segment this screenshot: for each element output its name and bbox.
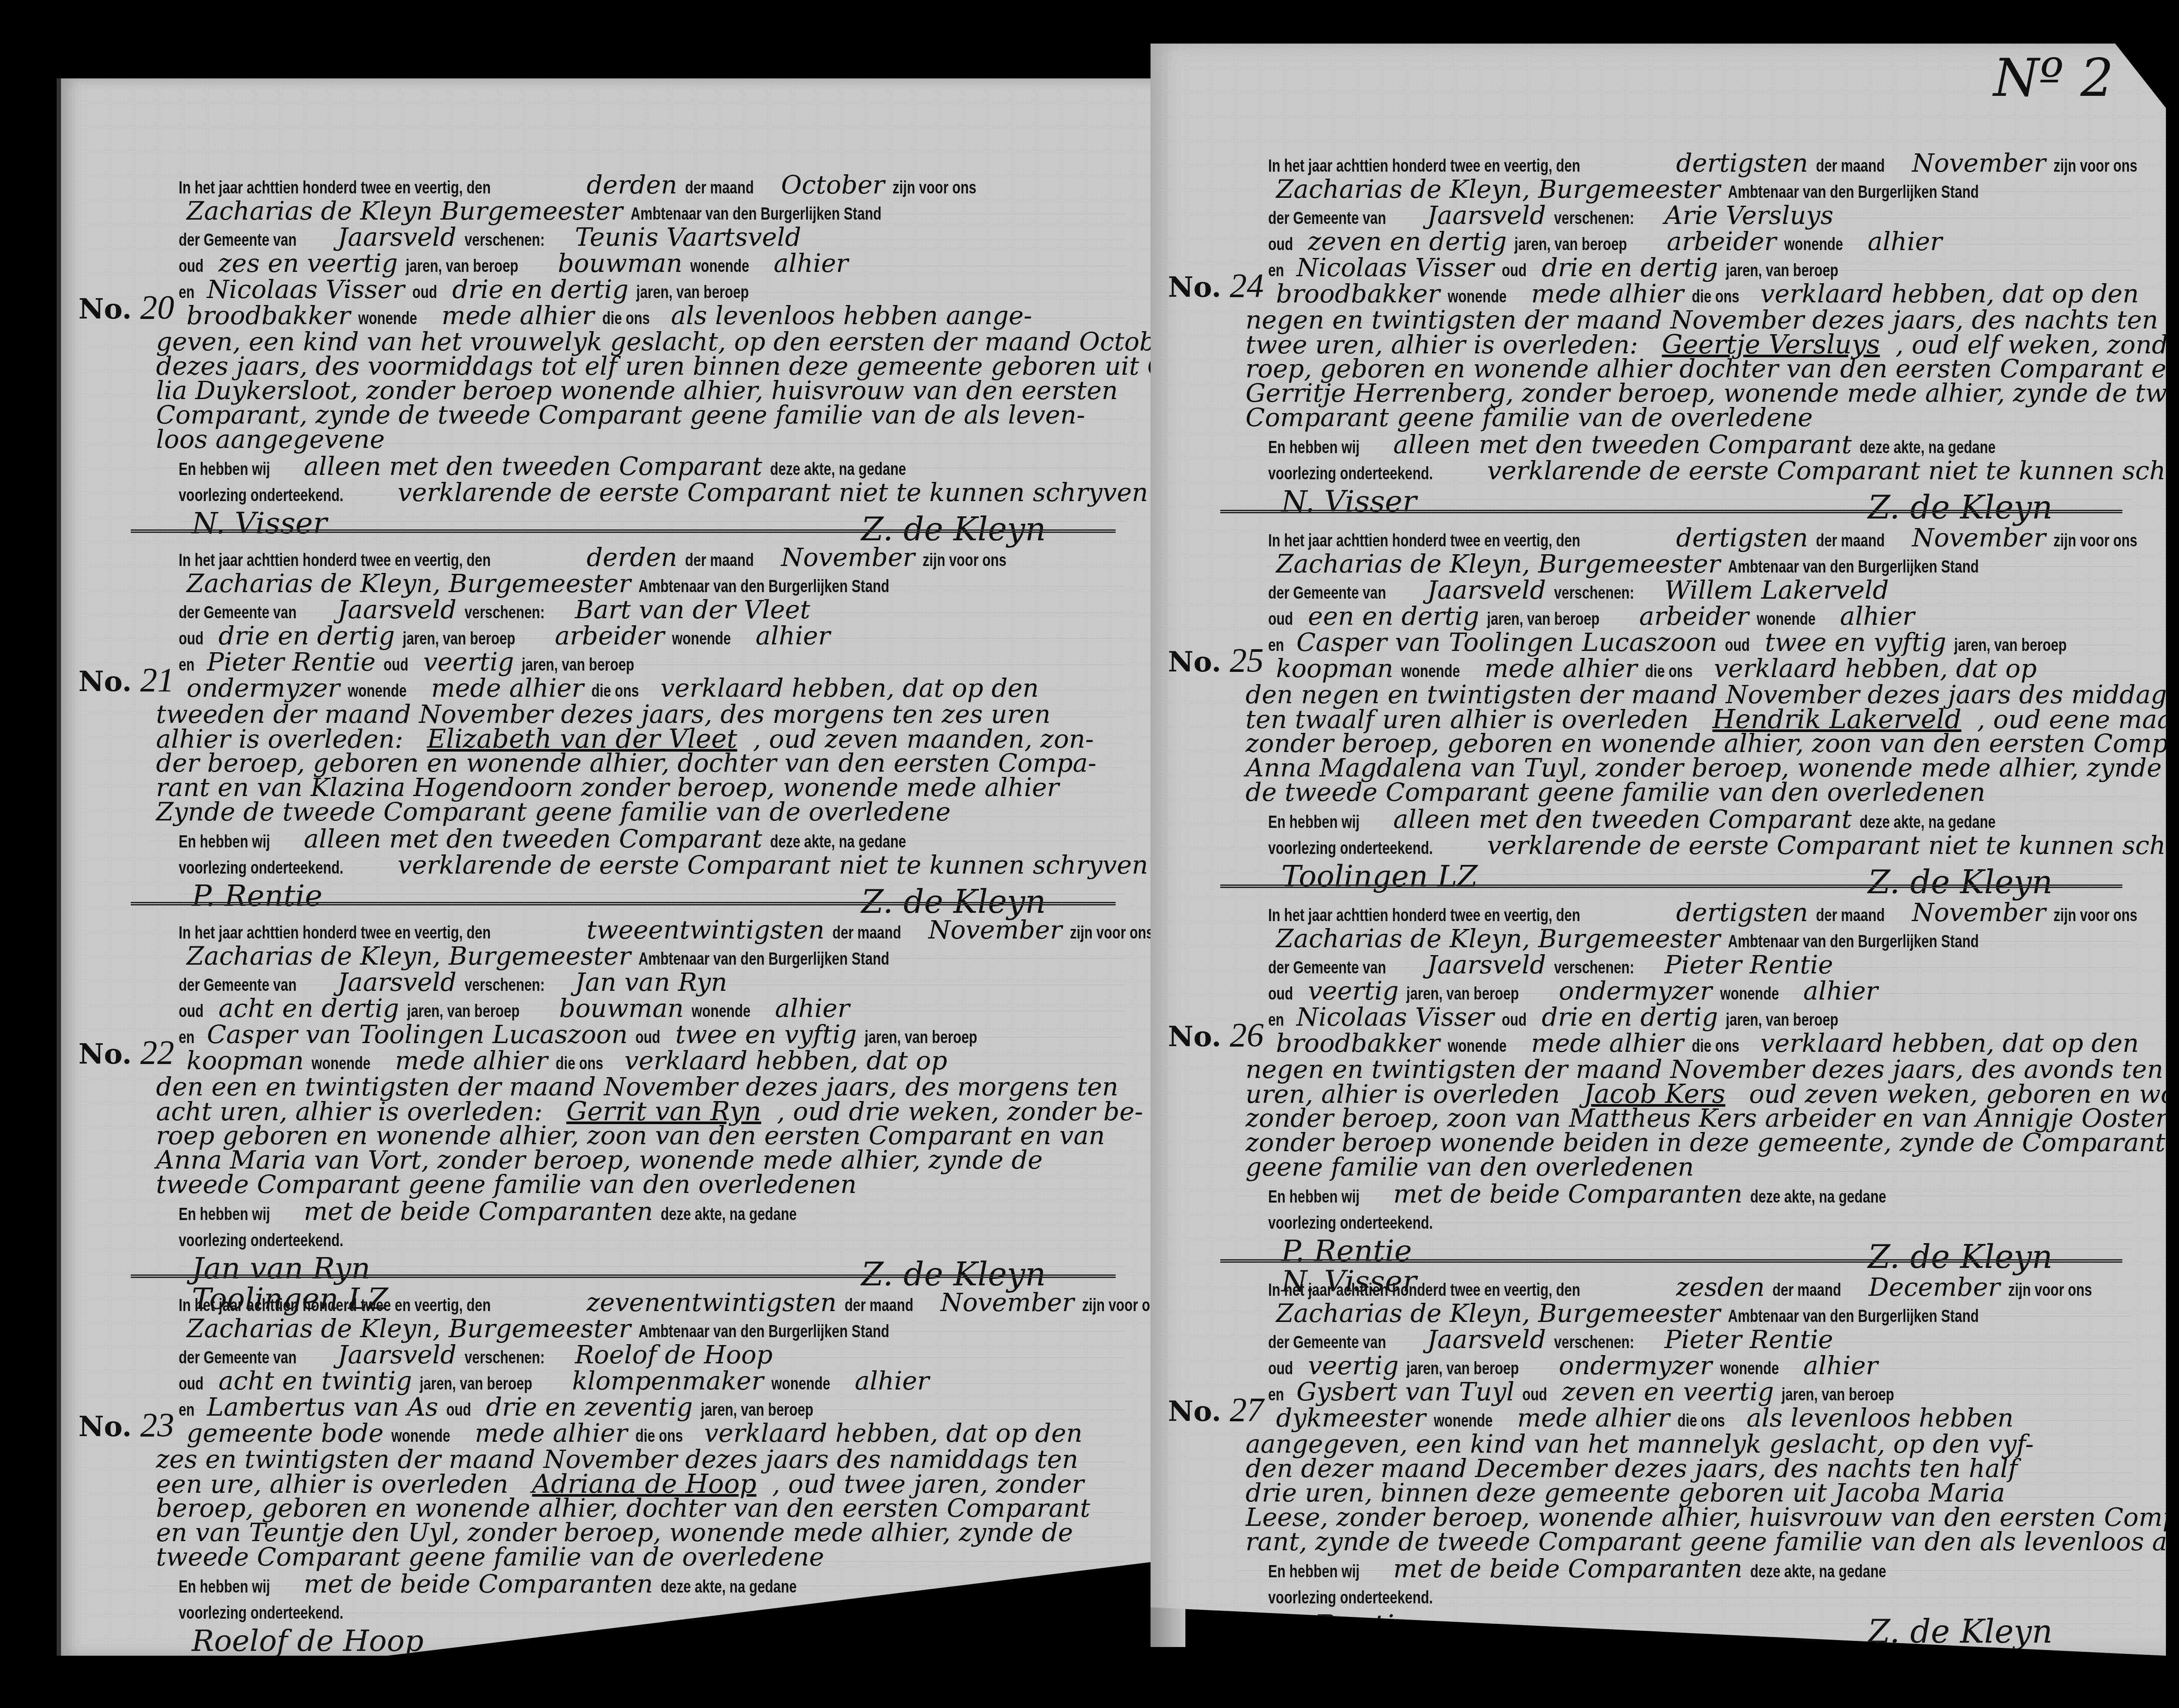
registry-record-22: No. 22In het jaar achttien honderd twee …: [61, 902, 1159, 1274]
preprinted-text: zijn voor ons: [2053, 156, 2137, 176]
record-number-value: 20: [132, 288, 174, 326]
preprinted-text: In het jaar achttien honderd twee en vee…: [1268, 156, 1580, 176]
preprinted-text: voorlezing onderteekend.: [179, 858, 343, 878]
handwritten-text: mede alhier: [1476, 654, 1645, 683]
handwritten-text: Pieter Rentie: [1656, 950, 1841, 979]
handwritten-text: Zynde de tweede Comparant geene familie …: [148, 797, 958, 827]
handwritten-text: met de beide Comparanten: [1385, 1179, 1751, 1209]
preprinted-text: deze akte, na gedane: [770, 460, 906, 479]
preprinted-text: wonende: [1720, 984, 1779, 1004]
preprinted-text: wonende: [1720, 1359, 1779, 1379]
handwritten-text: drie en dertig: [445, 274, 636, 304]
preprinted-text: en: [179, 1400, 194, 1420]
preprinted-text: jaren, van beroep: [522, 655, 634, 675]
registry-record-25: No. 25In het jaar achttien honderd twee …: [1151, 510, 2166, 884]
handwritten-text: [1480, 1580, 1495, 1610]
registry-record-26: No. 26In het jaar achttien honderd twee …: [1151, 884, 2166, 1259]
preprinted-text: Ambtenaar van den Burgerlijken Stand: [638, 1322, 889, 1342]
handwritten-text: zevenentwintigsten: [579, 1288, 845, 1317]
handwritten-text: zes en veertig: [210, 248, 405, 278]
preprinted-text: jaren, van beroep: [1726, 261, 1838, 281]
preprinted-text: oud: [1502, 1010, 1527, 1030]
handwritten-text: Willem Lakerveld: [1656, 575, 1897, 605]
handwritten-text: loos aangegevene: [148, 424, 393, 454]
registry-record-24: No. 24In het jaar achttien honderd twee …: [1151, 135, 2166, 510]
handwritten-text: November: [1904, 898, 2053, 927]
clerk-signature: Z. de Kleyn: [861, 1628, 1046, 1666]
preprinted-text: jaren, van beroep: [1726, 1010, 1838, 1030]
preprinted-text: Ambtenaar van den Burgerlijken Stand: [1728, 557, 1979, 577]
handwritten-text: alhier: [1795, 1351, 1886, 1380]
preprinted-text: oud: [179, 257, 204, 276]
handwritten-text: November: [1904, 148, 2053, 178]
preprinted-text: die ons: [591, 681, 639, 701]
preprinted-text: der Gemeente van: [179, 976, 297, 995]
handwritten-text: koopman: [1268, 654, 1401, 683]
appearer-signature: P. Rentie: [1281, 1609, 1412, 1643]
handwritten-text: Zacharias de Kleyn, Burgemeester: [1268, 924, 1728, 953]
handwritten-text: geene familie van den overledenen: [1238, 1152, 1702, 1182]
preprinted-text: der Gemeente van: [1268, 958, 1386, 978]
handwritten-text: bouwman: [551, 993, 692, 1023]
preprinted-text: jaren, van beroep: [1954, 636, 2067, 655]
preprinted-text: die ons: [1645, 662, 1693, 681]
handwritten-text: ondermyzer: [179, 673, 348, 703]
preprinted-text: der maand: [1816, 156, 1885, 176]
handwritten-text: Jaarsveld: [330, 222, 465, 252]
record-separator: [1220, 1259, 2122, 1263]
handwritten-text: derden: [579, 170, 685, 200]
handwritten-text: alleen met den tweeden Comparant: [1385, 430, 1860, 459]
preprinted-text: deze akte, na gedane: [1860, 438, 1996, 457]
handwritten-text: tweede Comparant geene familie van den o…: [148, 1169, 865, 1199]
registry-record-21: No. 21In het jaar achttien honderd twee …: [61, 529, 1159, 902]
handwritten-text: December: [1861, 1272, 2008, 1302]
preprinted-text: en: [179, 283, 194, 302]
handwritten-text: klompenmaker: [564, 1366, 771, 1396]
handwritten-text: November: [920, 915, 1070, 945]
handwritten-text: Nicolaas Visser: [1289, 253, 1502, 282]
preprinted-text: voorlezing onderteekend.: [1268, 839, 1433, 858]
record-separator: [1220, 884, 2122, 888]
preprinted-text: jaren, van beroep: [1782, 1385, 1894, 1405]
preprinted-text: en: [1268, 1385, 1284, 1405]
record-number-value: 22: [132, 1033, 174, 1071]
preprinted-text: oud: [1268, 1359, 1293, 1379]
preprinted-text: jaren, van beroep: [1406, 1359, 1519, 1379]
handwritten-text: zeven en veertig: [1554, 1377, 1782, 1406]
handwritten-text: tweede Comparant geene familie van de ov…: [148, 1542, 832, 1572]
right-page: Nº 2 No. 24In het jaar achttien honderd …: [1151, 44, 2166, 1656]
record-number: No. 26: [1168, 1015, 1264, 1054]
handwritten-text: Nicolaas Visser: [199, 274, 413, 304]
handwritten-text: arbeider: [1659, 227, 1784, 256]
preprinted-text: die ons: [556, 1054, 603, 1074]
handwritten-text: broodbakker: [1268, 279, 1448, 308]
preprinted-text: oud: [1268, 984, 1293, 1004]
handwritten-text: Roelof de Hoop: [567, 1340, 781, 1369]
preprinted-text: wonende: [1401, 662, 1460, 681]
preprinted-text: En hebben wij: [1268, 813, 1360, 832]
preprinted-text: jaren, van beroep: [1406, 984, 1519, 1004]
handwritten-text: Nicolaas Visser: [1289, 1002, 1502, 1032]
handwritten-text: mede alhier: [467, 1418, 635, 1448]
handwritten-text: November: [1904, 523, 2053, 552]
handwritten-text: veertig: [1300, 1351, 1406, 1380]
preprinted-text: der maand: [832, 923, 901, 943]
handwritten-text: gemeente bode: [179, 1418, 391, 1448]
preprinted-text: In het jaar achttien honderd twee en vee…: [1268, 906, 1580, 925]
handwritten-text: broodbakker: [1268, 1028, 1448, 1058]
handwritten-text: dertigsten: [1668, 898, 1816, 927]
handwritten-text: alhier: [1795, 976, 1886, 1006]
preprinted-text: voorlezing onderteekend.: [179, 1603, 343, 1623]
registry-record-20: No. 20In het jaar achttien honderd twee …: [61, 157, 1159, 529]
handwritten-text: alhier: [1832, 601, 1922, 631]
preprinted-text: die ons: [1692, 287, 1739, 307]
preprinted-text: En hebben wij: [179, 1577, 270, 1597]
handwritten-text: alleen met den tweeden Comparant: [296, 824, 770, 854]
preprinted-text: Ambtenaar van den Burgerlijken Stand: [638, 949, 889, 969]
preprinted-text: Ambtenaar van den Burgerlijken Stand: [638, 577, 889, 596]
handwritten-text: als levenloos hebben aange-: [663, 301, 1040, 330]
preprinted-text: wonende: [672, 629, 731, 649]
record-number-prefix: No.: [78, 293, 132, 325]
handwritten-text: dykmeester: [1268, 1403, 1434, 1433]
preprinted-text: der maand: [1772, 1281, 1841, 1300]
preprinted-text: voorlezing onderteekend.: [1268, 1213, 1433, 1233]
preprinted-text: deze akte, na gedane: [1860, 813, 1996, 832]
preprinted-text: jaren, van beroep: [865, 1028, 977, 1047]
preprinted-text: zijn voor ons: [1070, 923, 1154, 943]
handwritten-text: verklarende de eerste Comparant niet te …: [390, 478, 1156, 507]
handwritten-text: veertig: [1300, 976, 1406, 1006]
preprinted-text: En hebben wij: [179, 460, 270, 479]
preprinted-text: der maand: [1816, 906, 1885, 925]
handwritten-text: met de beide Comparanten: [296, 1196, 661, 1226]
record-separator: [131, 902, 1116, 905]
handwritten-text: ondermyzer: [1551, 1351, 1720, 1380]
preprinted-text: oud: [1268, 235, 1293, 254]
preprinted-text: verschenen:: [1554, 1333, 1634, 1352]
preprinted-text: oud: [179, 629, 204, 649]
record-number-prefix: No.: [78, 1410, 132, 1443]
handwritten-text: Teunis Vaartsveld: [567, 222, 809, 252]
handwritten-text: Casper van Toolingen Lucaszoon: [1289, 627, 1725, 657]
preprinted-text: jaren, van beroep: [403, 629, 515, 649]
handwritten-text: mede alhier: [387, 1046, 555, 1075]
preprinted-text: In het jaar achttien honderd twee en vee…: [179, 923, 491, 943]
handwritten-text: [1480, 1205, 1495, 1235]
handwritten-text: Jaarsveld: [1419, 200, 1554, 230]
handwritten-text: Jaarsveld: [330, 595, 465, 624]
handwritten-text: Gysbert van Tuyl: [1289, 1377, 1522, 1406]
preprinted-text: oud: [446, 1400, 471, 1420]
handwritten-text: Bart van der Vleet: [567, 595, 818, 624]
record-number-prefix: No.: [78, 1038, 132, 1071]
preprinted-text: wonende: [1448, 1037, 1507, 1056]
preprinted-text: en: [1268, 261, 1284, 281]
appearer-signature: G. van Tuyl: [1281, 1639, 1451, 1674]
preprinted-text: die ons: [602, 309, 650, 329]
registry-record-27: No. 27In het jaar achttien honderd twee …: [1151, 1259, 2166, 1634]
preprinted-text: En hebben wij: [1268, 438, 1360, 457]
left-page: No. 20In het jaar achttien honderd twee …: [57, 78, 1159, 1656]
preprinted-text: der maand: [845, 1296, 913, 1315]
handwritten-text: Zacharias de Kleyn, Burgemeester: [179, 941, 638, 971]
preprinted-text: wonende: [690, 257, 749, 276]
handwritten-text: zeven en dertig: [1300, 227, 1514, 256]
preprinted-text: deze akte, na gedane: [1750, 1562, 1886, 1582]
preprinted-text: zijn voor ons: [2053, 906, 2137, 925]
handwritten-text: October: [773, 170, 892, 200]
preprinted-text: wonende: [771, 1374, 830, 1394]
preprinted-text: verschenen:: [465, 603, 545, 623]
record-number-value: 24: [1221, 266, 1264, 304]
folio-mark: Nº 2: [1993, 48, 2114, 108]
handwritten-text: arbeider: [1631, 601, 1756, 631]
handwritten-text: rant, zynde de tweede Comparant geene fa…: [1238, 1527, 2179, 1556]
handwritten-text: Zacharias de Kleyn, Burgemeester: [179, 1314, 638, 1343]
handwritten-text: drie en dertig: [210, 621, 402, 651]
handwritten-text: verklarende de eerste Comparant niet te …: [390, 850, 1156, 880]
preprinted-text: Ambtenaar van den Burgerlijken Stand: [1728, 932, 1979, 952]
preprinted-text: der Gemeente van: [1268, 209, 1386, 228]
handwritten-text: alhier: [847, 1366, 937, 1396]
handwritten-text: Zacharias de Kleyn, Burgemeester: [179, 569, 638, 598]
record-separator: [131, 529, 1116, 533]
preprinted-text: zijn voor ons: [2053, 531, 2137, 551]
handwritten-text: met de beide Comparanten: [1385, 1554, 1751, 1583]
handwritten-text: veertig: [415, 647, 522, 677]
preprinted-text: jaren, van beroep: [1514, 235, 1627, 254]
handwritten-text: Jaarsveld: [1419, 575, 1554, 605]
preprinted-text: In het jaar achttien honderd twee en vee…: [179, 178, 491, 198]
preprinted-text: jaren, van beroep: [701, 1400, 813, 1420]
handwritten-text: verklaard hebben, dat op den: [653, 673, 1047, 703]
record-number-prefix: No.: [1168, 1020, 1221, 1053]
handwritten-text: twee en vyftig: [1757, 627, 1954, 657]
preprinted-text: der Gemeente van: [1268, 1333, 1386, 1352]
handwritten-text: verklaard hebben, dat op: [617, 1046, 955, 1075]
handwritten-text: arbeider: [547, 621, 672, 651]
clerk-signature: Z. de Kleyn: [1868, 1613, 2053, 1650]
handwritten-text: alhier: [767, 993, 857, 1023]
preprinted-text: oud: [179, 1002, 204, 1021]
handwritten-text: alleen met den tweeden Comparant: [296, 451, 770, 481]
record-number-value: 27: [1221, 1390, 1264, 1428]
record-number-value: 21: [132, 661, 174, 698]
preprinted-text: En hebben wij: [179, 1205, 270, 1224]
record-number-value: 26: [1221, 1016, 1264, 1054]
preprinted-text: oud: [1522, 1385, 1547, 1405]
handwritten-text: drie en dertig: [1534, 253, 1726, 282]
preprinted-text: oud: [412, 283, 437, 302]
handwritten-text: November: [773, 542, 923, 572]
preprinted-text: wonende: [692, 1002, 750, 1021]
handwritten-text: Pieter Rentie: [1656, 1325, 1841, 1354]
handwritten-text: mede alhier: [1523, 279, 1691, 308]
handwritten-text: bouwman: [550, 248, 690, 278]
preprinted-text: jaren, van beroep: [420, 1374, 532, 1394]
record-number-prefix: No.: [1168, 1395, 1221, 1428]
handwritten-text: koopman: [179, 1046, 312, 1075]
preprinted-text: deze akte, na gedane: [770, 832, 906, 852]
handwritten-text: Comparant geene familie van de overleden…: [1238, 403, 1821, 432]
handwritten-text: Lambertus van As: [199, 1392, 446, 1422]
handwritten-text: derden: [579, 542, 685, 572]
preprinted-text: oud: [1502, 261, 1527, 281]
preprinted-text: die ons: [635, 1427, 683, 1446]
registry-record-23: No. 23In het jaar achttien honderd twee …: [61, 1274, 1159, 1647]
record-number: No. 25: [1168, 640, 1264, 680]
preprinted-text: wonende: [1434, 1411, 1493, 1431]
preprinted-text: Ambtenaar van den Burgerlijken Stand: [1728, 1307, 1979, 1326]
record-separator: [131, 1274, 1116, 1278]
preprinted-text: wonende: [1448, 287, 1507, 307]
preprinted-text: zijn voor ons: [923, 551, 1006, 570]
handwritten-text: alhier: [1860, 227, 1950, 256]
handwritten-text: Zacharias de Kleyn, Burgemeester: [1268, 174, 1728, 204]
preprinted-text: der Gemeente van: [179, 230, 297, 250]
handwritten-text: mede alhier: [423, 673, 591, 703]
handwritten-text: Arie Versluys: [1656, 200, 1841, 230]
handwritten-text: als levenloos hebben: [1738, 1403, 2021, 1433]
handwritten-text: Jan van Ryn: [567, 967, 735, 997]
preprinted-text: voorlezing onderteekend.: [1268, 464, 1433, 484]
record-number: No. 23: [78, 1405, 174, 1444]
handwritten-text: Jaarsveld: [1419, 1325, 1554, 1354]
handwritten-text: verklaard hebben, dat op den: [696, 1418, 1090, 1448]
record-number: No. 27: [1168, 1390, 1264, 1429]
preprinted-text: In het jaar achttien honderd twee en vee…: [179, 1296, 491, 1315]
preprinted-text: der Gemeente van: [1268, 583, 1386, 603]
preprinted-text: der maand: [1816, 531, 1885, 551]
handwritten-text: twee en vyftig: [668, 1020, 865, 1049]
record-number-value: 25: [1221, 641, 1264, 679]
handwritten-text: alleen met den tweeden Comparant: [1385, 804, 1860, 834]
record-separator: [1220, 510, 2122, 513]
handwritten-text: Zacharias de Kleyn, Burgemeester: [1268, 549, 1728, 579]
handwritten-text: drie en dertig: [1534, 1002, 1726, 1032]
preprinted-text: oud: [635, 1028, 660, 1047]
preprinted-text: oud: [384, 655, 408, 675]
preprinted-text: deze akte, na gedane: [1750, 1187, 1886, 1207]
handwritten-text: alhier: [748, 621, 838, 651]
preprinted-text: deze akte, na gedane: [661, 1577, 797, 1597]
preprinted-text: zijn voor ons: [893, 178, 976, 198]
handwritten-text: een en dertig: [1300, 601, 1487, 631]
preprinted-text: verschenen:: [1554, 958, 1634, 978]
handwritten-text: verklarende de eerste Comparant niet te …: [1480, 830, 2179, 860]
preprinted-text: oud: [179, 1374, 204, 1394]
preprinted-text: oud: [1268, 610, 1293, 629]
handwritten-text: mede alhier: [1523, 1028, 1691, 1058]
handwritten-text: acht en dertig: [210, 993, 407, 1023]
record-number: No. 24: [1168, 266, 1264, 305]
preprinted-text: In het jaar achttien honderd twee en vee…: [1268, 1281, 1580, 1300]
preprinted-text: der Gemeente van: [179, 1348, 297, 1368]
preprinted-text: wonende: [1757, 610, 1816, 629]
record-number-prefix: No.: [1168, 646, 1221, 678]
preprinted-text: der Gemeente van: [179, 603, 297, 623]
handwritten-text: alhier: [766, 248, 856, 278]
preprinted-text: die ons: [1677, 1411, 1725, 1431]
preprinted-text: In het jaar achttien honderd twee en vee…: [179, 551, 491, 570]
record-number-value: 23: [132, 1406, 174, 1444]
preprinted-text: En hebben wij: [179, 832, 270, 852]
appearer-signature: Roelof de Hoop: [192, 1624, 424, 1658]
appearer-signature: L. van As: [192, 1654, 330, 1689]
preprinted-text: en: [1268, 636, 1284, 655]
handwritten-text: November: [933, 1288, 1082, 1317]
handwritten-text: de tweede Comparant geene familie van de…: [1238, 777, 1993, 807]
handwritten-text: acht en twintig: [210, 1366, 420, 1396]
preprinted-text: verschenen:: [465, 230, 545, 250]
preprinted-text: Ambtenaar van den Burgerlijken Stand: [1728, 183, 1979, 202]
handwritten-text: zesden: [1668, 1272, 1772, 1302]
preprinted-text: verschenen:: [465, 976, 545, 995]
handwritten-text: dertigsten: [1668, 523, 1816, 552]
handwritten-text: Zacharias de Kleyn Burgemeester: [179, 196, 631, 226]
preprinted-text: oud: [1725, 636, 1750, 655]
preprinted-text: jaren, van beroep: [407, 1002, 519, 1021]
record-number: No. 22: [78, 1033, 174, 1072]
handwritten-text: verklaard hebben, dat op: [1706, 654, 2045, 683]
preprinted-text: En hebben wij: [1268, 1562, 1360, 1582]
handwritten-text: tweeentwintigsten: [579, 915, 832, 945]
handwritten-text: Casper van Toolingen Lucaszoon: [199, 1020, 636, 1049]
handwritten-text: Jaarsveld: [330, 1340, 465, 1369]
preprinted-text: wonende: [1784, 235, 1843, 254]
preprinted-text: en: [1268, 1010, 1284, 1030]
preprinted-text: wonende: [358, 309, 417, 329]
handwritten-text: ondermyzer: [1551, 976, 1720, 1006]
handwritten-text: verklarende de eerste Comparant niet te …: [1480, 456, 2179, 485]
handwritten-text: Jaarsveld: [330, 967, 465, 997]
record-number-prefix: No.: [1168, 271, 1221, 304]
handwritten-text: broodbakker: [179, 301, 358, 330]
preprinted-text: zijn voor ons: [2008, 1281, 2092, 1300]
preprinted-text: verschenen:: [1554, 583, 1634, 603]
handwritten-text: [390, 1223, 406, 1252]
handwritten-text: verklaard hebben, dat op den: [1753, 279, 2147, 308]
preprinted-text: der maand: [685, 551, 754, 570]
record-number: No. 21: [78, 660, 174, 699]
preprinted-text: deze akte, na gedane: [661, 1205, 797, 1224]
handwritten-text: verklaard hebben, dat op den: [1753, 1028, 2147, 1058]
preprinted-text: In het jaar achttien honderd twee en vee…: [1268, 531, 1580, 551]
preprinted-text: voorlezing onderteekend.: [179, 1231, 343, 1250]
preprinted-text: voorlezing onderteekend.: [1268, 1588, 1433, 1608]
preprinted-text: En hebben wij: [1268, 1187, 1360, 1207]
handwritten-text: met de beide Comparanten: [296, 1569, 661, 1599]
handwritten-text: dertigsten: [1668, 148, 1816, 178]
preprinted-text: jaren, van beroep: [406, 257, 518, 276]
handwritten-text: Jaarsveld: [1419, 950, 1554, 979]
preprinted-text: verschenen:: [465, 1348, 545, 1368]
preprinted-text: en: [179, 655, 194, 675]
handwritten-text: mede alhier: [1509, 1403, 1677, 1433]
handwritten-text: mede alhier: [434, 301, 602, 330]
handwritten-text: [390, 1595, 406, 1625]
preprinted-text: der maand: [685, 178, 754, 198]
record-number: No. 20: [78, 288, 174, 327]
preprinted-text: wonende: [312, 1054, 370, 1074]
preprinted-text: wonende: [348, 681, 407, 701]
preprinted-text: verschenen:: [1554, 209, 1634, 228]
handwritten-text: drie en zeventig: [478, 1392, 701, 1422]
